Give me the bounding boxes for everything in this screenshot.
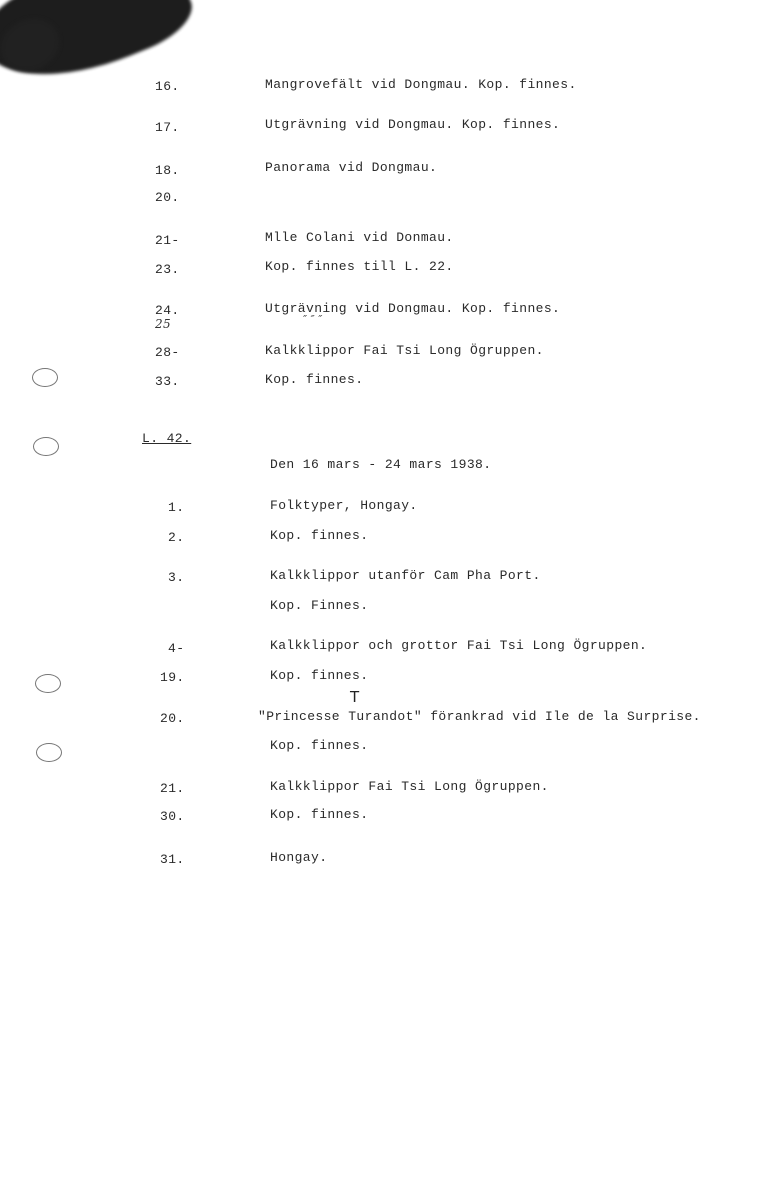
entry-text: Kalkklippor och grottor Fai Tsi Long Ögr…: [270, 638, 647, 653]
entry-text: Kop. finnes.: [270, 807, 368, 822]
entry-text: Panorama vid Dongmau.: [265, 160, 437, 175]
punch-hole: [36, 743, 62, 762]
date-range: Den 16 mars - 24 mars 1938.: [270, 457, 491, 472]
entry-text: Mangrovefält vid Dongmau. Kop. finnes.: [265, 77, 577, 92]
entry-text: Mlle Colani vid Donmau.: [265, 230, 454, 245]
entry-text: Folktyper, Hongay.: [270, 498, 418, 513]
entry-number: 19.: [160, 670, 185, 685]
entry-text: Kop. finnes.: [270, 668, 368, 683]
ditto-marks: ″ ″ ″: [303, 313, 322, 326]
entry-text: Kop. Finnes.: [270, 598, 368, 613]
section-heading: L. 42.: [142, 431, 191, 446]
punch-hole: [33, 437, 59, 456]
entry-number: 20.: [160, 711, 185, 726]
entry-number: 23.: [155, 262, 180, 277]
punch-hole: [35, 674, 61, 693]
handwritten-correction: T: [350, 688, 359, 706]
entry-number: 1.: [168, 500, 184, 515]
entry-number: 17.: [155, 120, 180, 135]
entry-number: 18.: [155, 163, 180, 178]
entry-number: 3.: [168, 570, 184, 585]
entry-text: "Princesse Turandot" förankrad vid Ile d…: [258, 709, 701, 724]
entry-text: Hongay.: [270, 850, 327, 865]
entry-number: 28-: [155, 345, 180, 360]
entry-text: Utgrävning vid Dongmau. Kop. finnes.: [265, 117, 560, 132]
entry-number: 31.: [160, 852, 185, 867]
entry-text: Kalkklippor Fai Tsi Long Ögruppen.: [270, 779, 549, 794]
entry-number: 24.: [155, 303, 180, 318]
entry-number: 2.: [168, 530, 184, 545]
entry-text: Kop. finnes.: [270, 528, 368, 543]
entry-number: 21-: [155, 233, 180, 248]
entry-number: 20.: [155, 190, 180, 205]
entry-number: 30.: [160, 809, 185, 824]
entry-number: 21.: [160, 781, 185, 796]
entry-text: Kalkklippor utanför Cam Pha Port.: [270, 568, 541, 583]
entry-number: 4-: [168, 641, 184, 656]
entry-number: 33.: [155, 374, 180, 389]
entry-number: 16.: [155, 79, 180, 94]
handwritten-number: 25: [155, 317, 171, 331]
entry-text: Kop. finnes.: [270, 738, 368, 753]
entry-text: Kop. finnes till L. 22.: [265, 259, 454, 274]
entry-text: Kop. finnes.: [265, 372, 363, 387]
entry-text: Kalkklippor Fai Tsi Long Ögruppen.: [265, 343, 544, 358]
punch-hole: [32, 368, 58, 387]
